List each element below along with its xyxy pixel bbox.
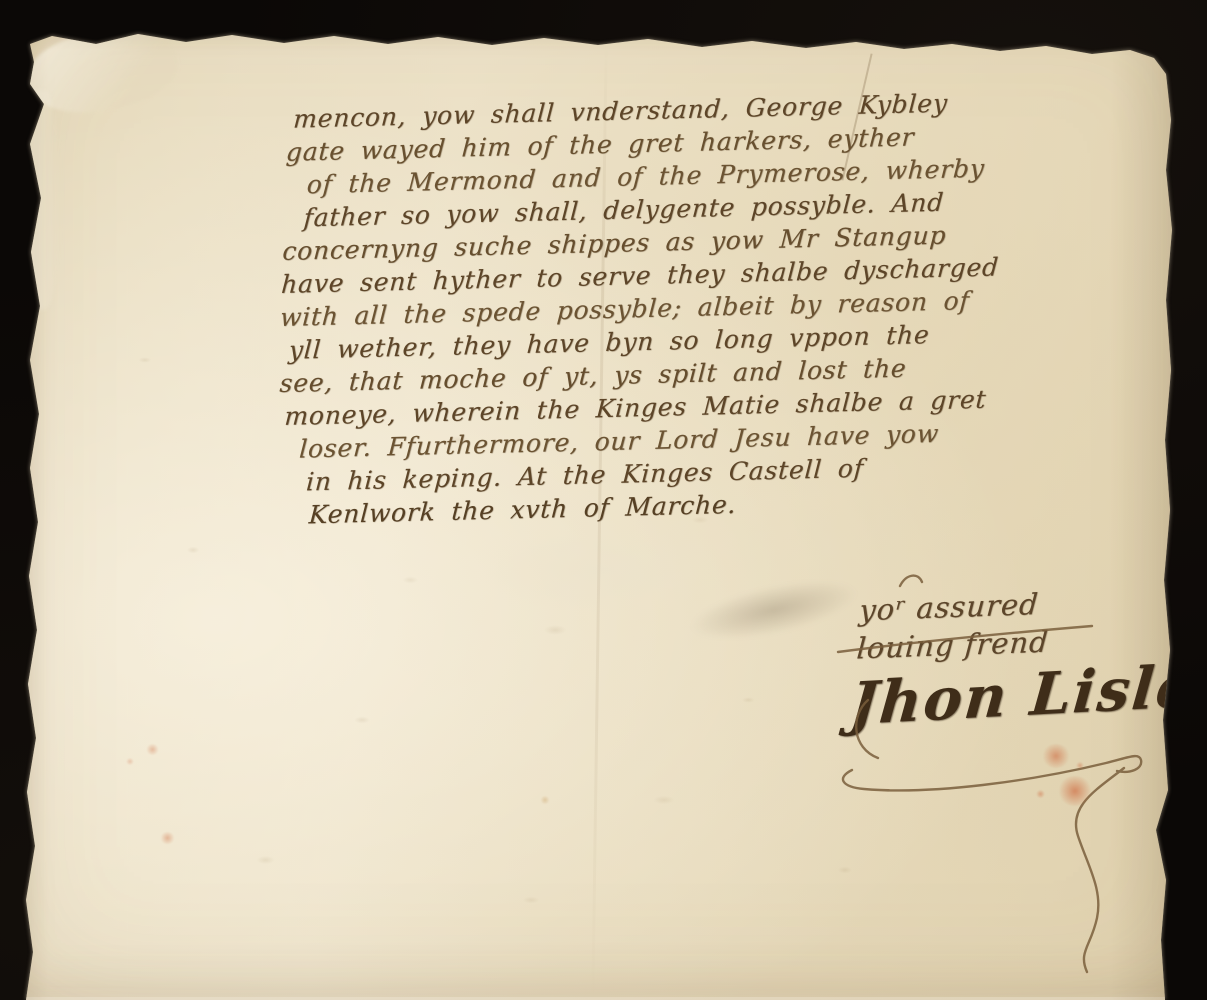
- ink-smudge: [685, 569, 863, 652]
- foxing-spot: [540, 796, 550, 804]
- wax-stain: [1042, 744, 1070, 768]
- valediction: yoʳ assured louing frend: [855, 585, 1052, 668]
- paper-wrap: mencon, yow shall vnderstand, George Kyb…: [0, 0, 1207, 1000]
- wax-stain: [1076, 762, 1084, 769]
- photo-background: mencon, yow shall vnderstand, George Kyb…: [0, 0, 1207, 1000]
- deckle-edge-highlight: [20, 90, 60, 310]
- wax-stain: [1036, 790, 1045, 798]
- wax-stain: [160, 832, 175, 844]
- wax-stain: [126, 758, 134, 765]
- wax-stain: [146, 744, 159, 755]
- letter-body: mencon, yow shall vnderstand, George Kyb…: [291, 85, 1005, 531]
- wax-stain: [1058, 776, 1092, 806]
- letter-paper: mencon, yow shall vnderstand, George Kyb…: [0, 0, 1207, 1000]
